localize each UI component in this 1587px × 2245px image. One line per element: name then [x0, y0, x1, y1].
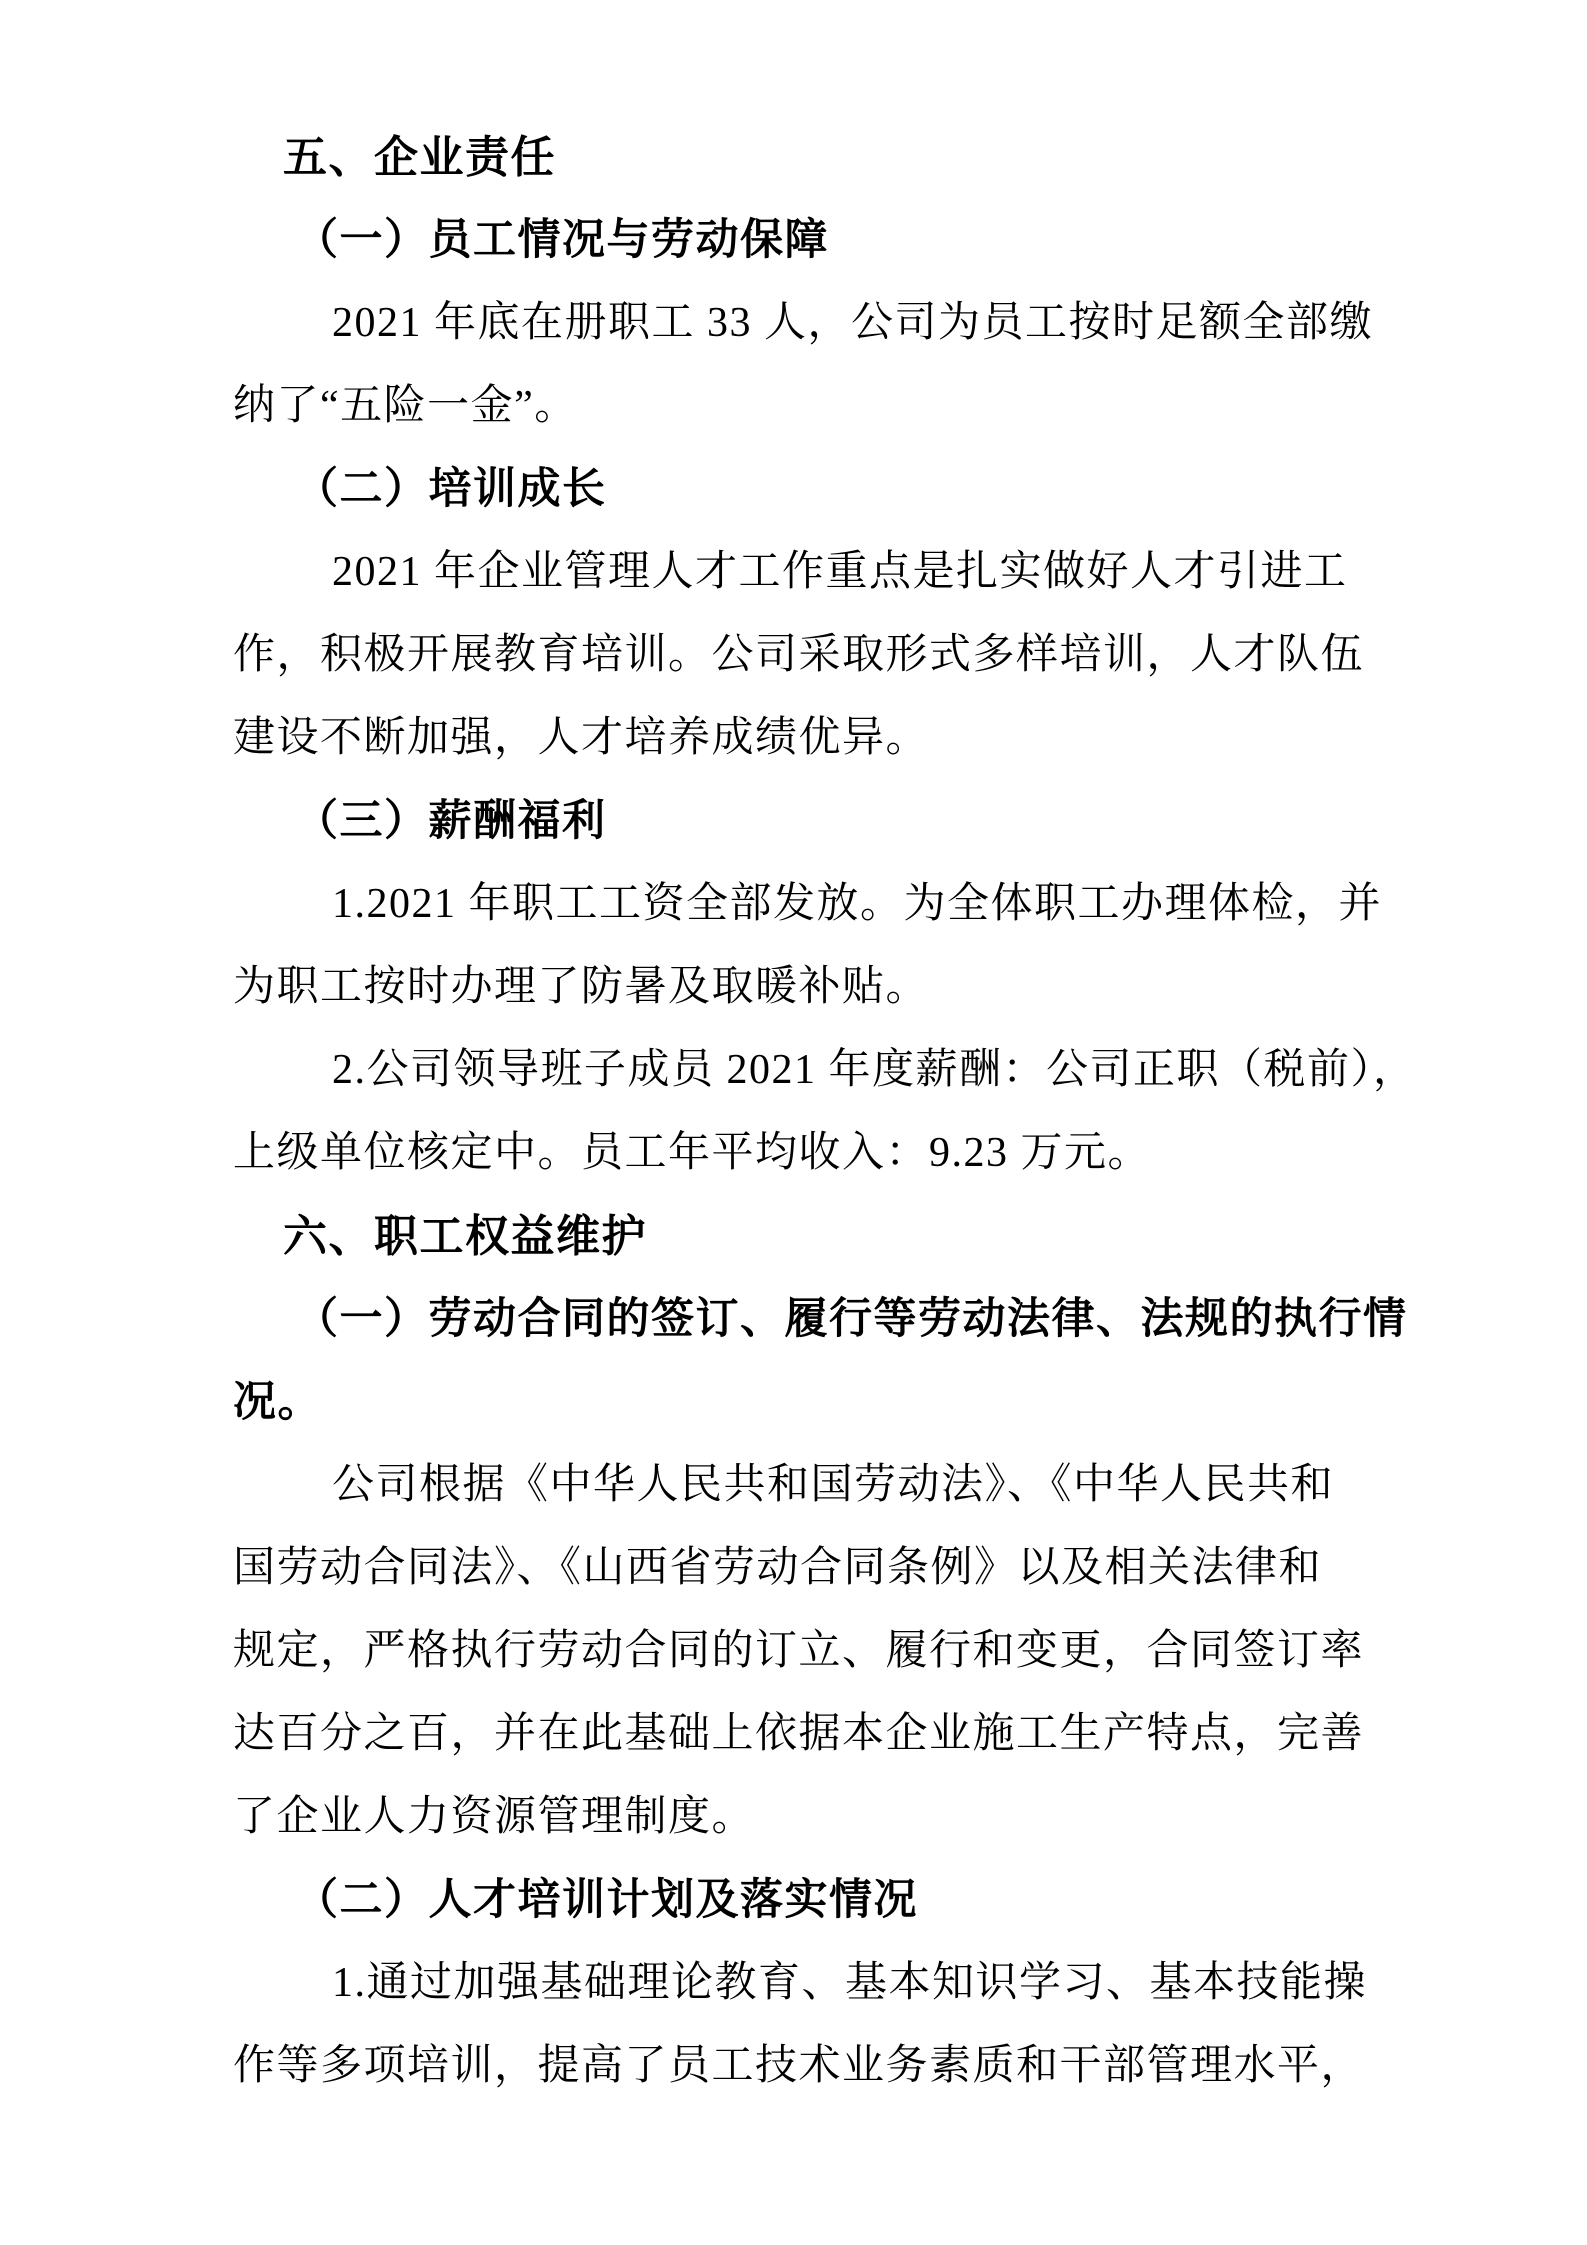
- document-body: 五、企业责任 （一）员工情况与劳动保障 2021 年底在册职工 33 人，公司为…: [233, 116, 1393, 2108]
- subheading-5-2: （二）培训成长: [233, 448, 1393, 531]
- subheading-5-3: （三）薪酬福利: [233, 780, 1393, 863]
- body-line: 2021 年企业管理人才工作重点是扎实做好人才引进工: [233, 531, 1393, 614]
- body-line: 作，积极开展教育培训。公司采取形式多样培训，人才队伍: [233, 614, 1393, 697]
- body-line: 为职工按时办理了防暑及取暖补贴。: [233, 946, 1393, 1029]
- section-5-heading: 五、企业责任: [233, 116, 1393, 199]
- body-line: 1.通过加强基础理论教育、基本知识学习、基本技能操: [233, 1942, 1393, 2025]
- subheading-5-1: （一）员工情况与劳动保障: [233, 199, 1393, 282]
- body-line: 国劳动合同法》、《山西省劳动合同条例》以及相关法律和: [233, 1527, 1393, 1610]
- body-line: 2.公司领导班子成员 2021 年度薪酬：公司正职（税前），: [233, 1029, 1393, 1112]
- document-page: 五、企业责任 （一）员工情况与劳动保障 2021 年底在册职工 33 人，公司为…: [0, 0, 1587, 2245]
- subheading-6-1: （一）劳动合同的签订、履行等劳动法律、法规的执行情: [233, 1278, 1393, 1361]
- body-line: 达百分之百，并在此基础上依据本企业施工生产特点，完善: [233, 1693, 1393, 1776]
- body-line: 了企业人力资源管理制度。: [233, 1776, 1393, 1859]
- body-line: 作等多项培训，提高了员工技术业务素质和干部管理水平，: [233, 2025, 1393, 2108]
- body-line: 1.2021 年职工工资全部发放。为全体职工办理体检，并: [233, 863, 1393, 946]
- subheading-6-2: （二）人才培训计划及落实情况: [233, 1859, 1393, 1942]
- subheading-6-1-continued: 况。: [233, 1361, 1393, 1444]
- body-line: 建设不断加强，人才培养成绩优异。: [233, 697, 1393, 780]
- section-6-heading: 六、职工权益维护: [233, 1195, 1393, 1278]
- body-line: 规定，严格执行劳动合同的订立、履行和变更，合同签订率: [233, 1610, 1393, 1693]
- body-line: 纳了“五险一金”。: [233, 365, 1393, 448]
- body-line: 2021 年底在册职工 33 人，公司为员工按时足额全部缴: [233, 282, 1393, 365]
- body-line: 公司根据《中华人民共和国劳动法》、《中华人民共和: [233, 1444, 1393, 1527]
- body-line: 上级单位核定中。员工年平均收入：9.23 万元。: [233, 1112, 1393, 1195]
